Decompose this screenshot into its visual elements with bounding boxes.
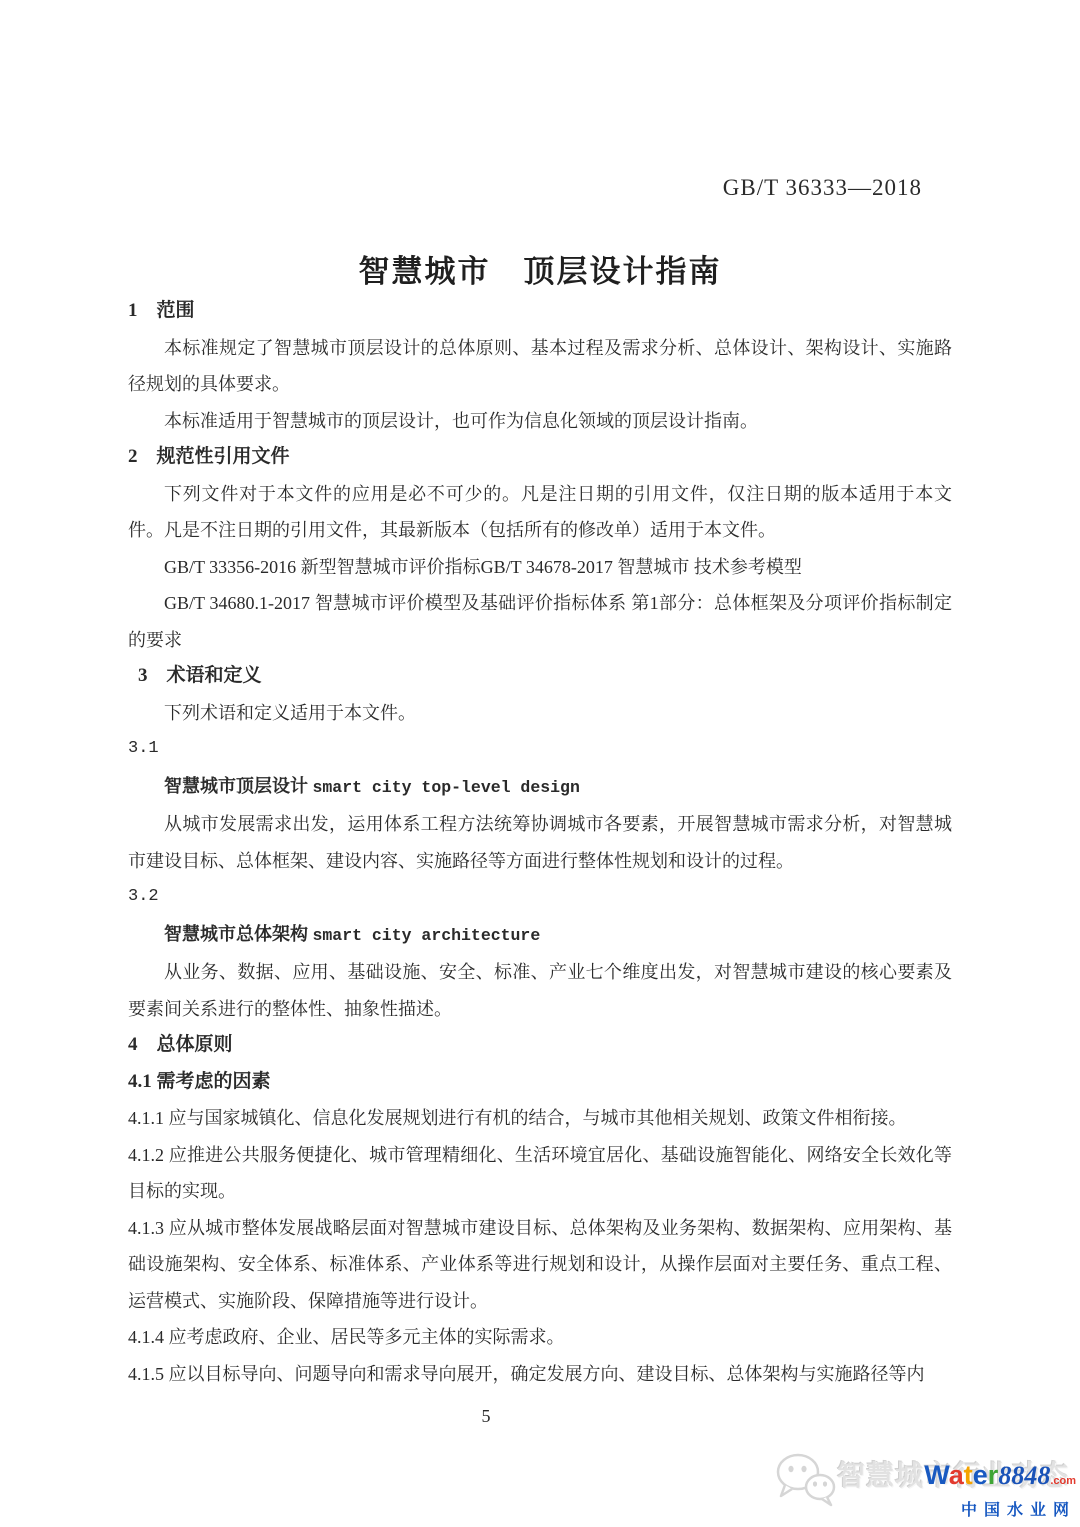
logo-letter: r xyxy=(988,1460,999,1490)
logo-subtitle: 中国水业网 xyxy=(924,1497,1076,1520)
item-4-1-2: 4.1.2 应推进公共服务便捷化、城市管理精细化、生活环境宜居化、基础设施智能化… xyxy=(128,1137,952,1210)
term-en: smart city top-level design xyxy=(313,778,580,797)
page-number: 5 xyxy=(0,1406,972,1427)
logo-letter: W xyxy=(924,1460,948,1490)
logo-letter: a xyxy=(949,1460,964,1490)
standard-number: GB/T 36333—2018 xyxy=(723,175,922,201)
term-title: 智慧城市顶层设计 smart city top-level design xyxy=(128,768,952,807)
term-zh: 智慧城市总体架构 xyxy=(164,924,308,944)
logo-word-water: Water xyxy=(924,1471,998,1488)
logo-letter: e xyxy=(973,1460,988,1490)
reference-entry: GB/T 34680.1-2017 智慧城市评价模型及基础评价指标体系 第1部分… xyxy=(128,585,952,658)
paragraph: 本标准规定了智慧城市顶层设计的总体原则、基本过程及需求分析、总体设计、架构设计、… xyxy=(128,330,952,403)
paragraph: 从业务、数据、应用、基础设施、安全、标准、产业七个维度出发，对智慧城市建设的核心… xyxy=(128,954,952,1027)
paragraph: 本标准适用于智慧城市的顶层设计，也可作为信息化领域的顶层设计指南。 xyxy=(128,403,952,440)
clause-2-heading: 2 规范性引用文件 xyxy=(128,439,952,476)
document-body: 1 范围 本标准规定了智慧城市顶层设计的总体原则、基本过程及需求分析、总体设计、… xyxy=(128,293,952,1392)
reference-entry: GB/T 33356-2016 新型智慧城市评价指标GB/T 34678-201… xyxy=(128,549,952,586)
item-4-1-3: 4.1.3 应从城市整体发展战略层面对智慧城市建设目标、总体架构及业务架构、数据… xyxy=(128,1210,952,1320)
logo-tld: .com xyxy=(1050,1475,1076,1487)
item-4-1-1: 4.1.1 应与国家城镇化、信息化发展规划进行有机的结合，与城市其他相关规划、政… xyxy=(128,1100,952,1137)
paragraph: 从城市发展需求出发，运用体系工程方法统筹协调城市各要素，开展智慧城市需求分析，对… xyxy=(128,806,952,879)
wechat-icon xyxy=(775,1450,837,1513)
paragraph: 下列文件对于本文件的应用是必不可少的。凡是注日期的引用文件，仅注日期的版本适用于… xyxy=(128,476,952,549)
clause-4-heading: 4 总体原则 xyxy=(128,1027,952,1064)
document-title: 智慧城市 顶层设计指南 xyxy=(128,246,952,291)
logo-number: 8848 xyxy=(998,1461,1050,1490)
item-4-1-5: 4.1.5 应以目标导向、问题导向和需求导向展开，确定发展方向、建设目标、总体架… xyxy=(128,1356,952,1393)
logo-wordmark: Water8848.com xyxy=(924,1460,1076,1496)
term-en: smart city architecture xyxy=(313,926,541,945)
clause-1-heading: 1 范围 xyxy=(128,293,952,330)
item-4-1-4: 4.1.4 应考虑政府、企业、居民等多元主体的实际需求。 xyxy=(128,1319,952,1356)
term-title: 智慧城市总体架构 smart city architecture xyxy=(128,916,952,955)
term-zh: 智慧城市顶层设计 xyxy=(164,776,308,796)
paragraph: 下列术语和定义适用于本文件。 xyxy=(128,695,952,732)
clause-4-1-heading: 4.1 需考虑的因素 xyxy=(128,1064,952,1101)
term-number-3-1: 3.1 xyxy=(128,731,952,768)
footer-watermark: 智慧城市行业动态 Water8848.com 中国水业网 xyxy=(775,1432,1080,1527)
water8848-logo: Water8848.com 中国水业网 xyxy=(924,1460,1076,1520)
document-page: GB/T 36333—2018 智慧城市 顶层设计指南 1 范围 本标准规定了智… xyxy=(0,0,1080,1527)
term-number-3-2: 3.2 xyxy=(128,879,952,916)
logo-letter: t xyxy=(964,1460,973,1490)
clause-3-heading: 3 术语和定义 xyxy=(128,658,952,695)
